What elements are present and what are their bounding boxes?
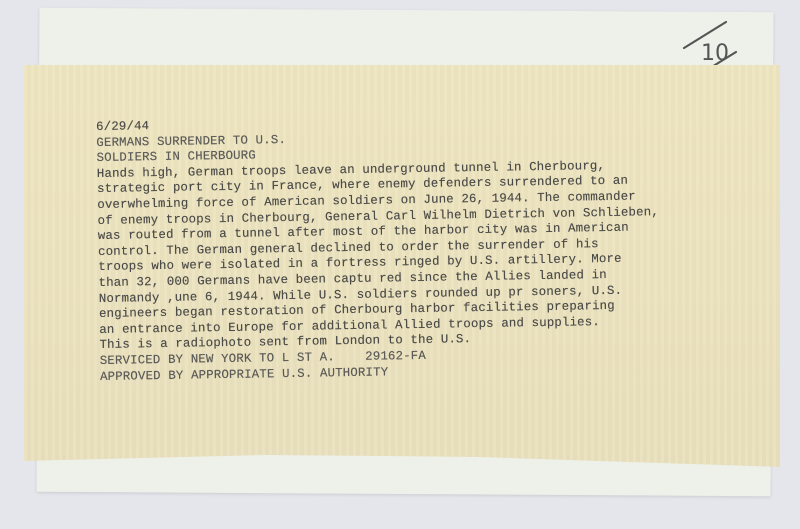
handwritten-number: 10 xyxy=(701,41,729,66)
typed-caption: 6/29/44 GERMANS SURRENDER TO U.S. SOLDIE… xyxy=(96,109,780,385)
